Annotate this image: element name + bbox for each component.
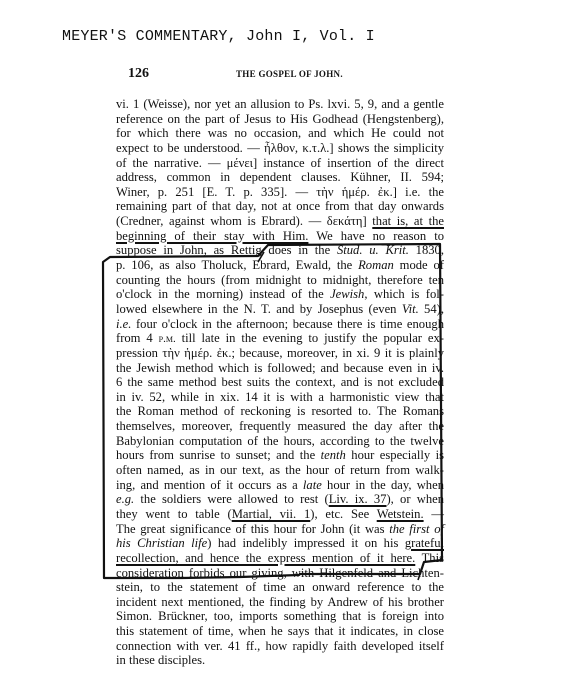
text-segment: the soldiers were allowed to rest (	[134, 492, 329, 506]
italic-text: i.e.	[116, 317, 131, 331]
text-segment: suppose in John, as Rettig does in the	[116, 243, 337, 257]
text-segment: Babylonian computation of the hours, acc…	[116, 434, 444, 448]
text-segment: p. 106, as also Tholuck, Ebrard, Ewald, …	[116, 258, 358, 272]
italic-text: Roman	[358, 258, 394, 272]
italic-text: the first of	[389, 522, 444, 536]
text-line: counting the hours (from midnight to mid…	[116, 273, 444, 288]
text-line: reference on the part of Jesus to His Go…	[116, 112, 444, 127]
text-line: i.e. four o'clock in the afternoon; beca…	[116, 317, 444, 332]
text-segment: in these disciples.	[116, 653, 205, 667]
text-line: (Credner, against whom is Ebrard). — δεκ…	[116, 214, 444, 229]
text-line: ing, and mention of it occurs as a late …	[116, 478, 444, 493]
underlined-text: that is, at the	[372, 214, 444, 228]
italic-text: Stud. u. Krit.	[337, 243, 409, 257]
text-segment: hour in the day, when	[322, 478, 444, 492]
text-segment: We have no reason to	[308, 229, 444, 243]
text-segment: —	[424, 507, 444, 521]
text-segment: Winer, p. 251 [E. T. p. 335]. — τὴν ἡμέρ…	[116, 185, 444, 199]
text-line: Babylonian computation of the hours, acc…	[116, 434, 444, 449]
italic-text: his Christian life	[116, 536, 207, 550]
text-line: for which there was no occasion, and whi…	[116, 126, 444, 141]
text-segment: 54),	[419, 302, 444, 316]
text-segment: ing, and mention of it occurs as a	[116, 478, 303, 492]
text-line: beginning of their stay with Him. We hav…	[116, 229, 444, 244]
text-line: vi. 1 (Weisse), nor yet an allusion to P…	[116, 97, 444, 112]
text-line: Simon. Brückner, too, imports something …	[116, 609, 444, 624]
text-line: his Christian life) had indelibly impres…	[116, 536, 444, 551]
text-line: p. 106, as also Tholuck, Ebrard, Ewald, …	[116, 258, 444, 273]
text-line: often named, as in our text, as the hour…	[116, 463, 444, 478]
text-segment: from 4	[116, 331, 159, 345]
page-number: 126	[128, 66, 149, 82]
text-segment: consideration forbids our giving, with H…	[116, 566, 444, 580]
text-line: recollection, and hence the express ment…	[116, 551, 444, 566]
text-segment: stein, to the statement of time an onwar…	[116, 580, 444, 594]
running-head: THE GOSPEL OF JOHN.	[236, 69, 343, 79]
text-segment: often named, as in our text, as the hour…	[116, 463, 444, 477]
text-line: suppose in John, as Rettig does in the S…	[116, 243, 444, 258]
text-segment: hours from sunrise to sunset; and the	[116, 448, 321, 462]
text-segment: Simon. Brückner, too, imports something …	[116, 609, 444, 623]
text-line: expect to be understood. — ἦλθον, κ.τ.λ.…	[116, 141, 444, 156]
text-segment: lowed elsewhere in the N. T. and by Jose…	[116, 302, 402, 316]
text-line: the Jewish method which is followed; and…	[116, 361, 444, 376]
text-segment: in iv. 52, while in xix. 14 it is with a…	[116, 390, 444, 404]
text-segment: vi. 1 (Weisse), nor yet an allusion to P…	[116, 97, 444, 111]
text-segment: ), etc. See	[310, 507, 376, 521]
text-segment: p.m.	[159, 333, 176, 345]
text-segment: reference on the part of Jesus to His Go…	[116, 112, 444, 126]
text-line: e.g. the soldiers were allowed to rest (…	[116, 492, 444, 507]
text-segment: ) had indelibly impressed it on his	[207, 536, 405, 550]
underlined-text: beginning of their stay with Him.	[116, 229, 308, 243]
text-line: they went to table (Martial, vii. 1), et…	[116, 507, 444, 522]
text-line: hours from sunrise to sunset; and the te…	[116, 448, 444, 463]
text-line: the Roman method of reckoning is resorte…	[116, 404, 444, 419]
text-segment: (Credner, against whom is Ebrard). — δεκ…	[116, 214, 372, 228]
text-segment: mode of	[394, 258, 444, 272]
text-segment: the Jewish method which is followed; and…	[116, 361, 444, 375]
text-segment: remaining part of that day, not at once …	[116, 199, 444, 213]
text-line: The great significance of this hour for …	[116, 522, 444, 537]
text-line: from 4 p.m. till late in the evening to …	[116, 331, 444, 346]
text-segment: This	[415, 551, 444, 565]
text-line: in iv. 52, while in xix. 14 it is with a…	[116, 390, 444, 405]
text-segment: this statement of time, when he says tha…	[116, 624, 444, 638]
text-segment: themselves, moreover, frequently measure…	[116, 419, 444, 433]
text-line: consideration forbids our giving, with H…	[116, 566, 444, 581]
body-text: vi. 1 (Weisse), nor yet an allusion to P…	[116, 97, 444, 668]
italic-text: Vit.	[402, 302, 419, 316]
text-line: 6 the same method best suits the context…	[116, 375, 444, 390]
italic-text: late	[303, 478, 322, 492]
text-segment: 6 the same method best suits the context…	[116, 375, 444, 389]
italic-text: tenth	[321, 448, 346, 462]
text-segment: four o'clock in the afternoon; because t…	[131, 317, 444, 331]
text-segment: ), or when	[386, 492, 444, 506]
text-line: o'clock in the morning) instead of the J…	[116, 287, 444, 302]
text-segment: hour especially is	[346, 448, 444, 462]
text-line: themselves, moreover, frequently measure…	[116, 419, 444, 434]
text-line: pression τὴν ἡμέρ. ἐκ.; because, moreove…	[116, 346, 444, 361]
text-line: in these disciples.	[116, 653, 444, 668]
text-line: address, common in dependent clauses. Kü…	[116, 170, 444, 185]
text-line: incident next mentioned, the finding by …	[116, 595, 444, 610]
text-line: stein, to the statement of time an onwar…	[116, 580, 444, 595]
underlined-text: Liv. ix. 37	[329, 492, 387, 506]
italic-text: e.g.	[116, 492, 134, 506]
underlined-text: recollection, and hence the express ment…	[116, 551, 415, 565]
text-segment: pression τὴν ἡμέρ. ἐκ.; because, moreove…	[116, 346, 444, 360]
text-segment: the Roman method of reckoning is resorte…	[116, 404, 444, 418]
text-segment: for which there was no occasion, and whi…	[116, 126, 444, 140]
text-segment: counting the hours (from midnight to mid…	[116, 273, 444, 287]
text-segment: address, common in dependent clauses. Kü…	[116, 170, 444, 184]
underlined-text: grateful	[405, 536, 444, 550]
document-header: MEYER'S COMMENTARY, John I, Vol. I	[62, 28, 375, 45]
text-line: of the narrative. — μένει] instance of i…	[116, 156, 444, 171]
text-line: lowed elsewhere in the N. T. and by Jose…	[116, 302, 444, 317]
text-segment: , which is fol-	[364, 287, 444, 301]
italic-text: Jewish	[330, 287, 364, 301]
text-segment: o'clock in the morning) instead of the	[116, 287, 330, 301]
text-line: connection with ver. 41 ff., how rapidly…	[116, 639, 444, 654]
text-segment: expect to be understood. — ἦλθον, κ.τ.λ.…	[116, 141, 444, 155]
text-segment: The great significance of this hour for …	[116, 522, 389, 536]
text-segment: connection with ver. 41 ff., how rapidly…	[116, 639, 444, 653]
text-segment: of the narrative. — μένει] instance of i…	[116, 156, 444, 170]
text-line: remaining part of that day, not at once …	[116, 199, 444, 214]
text-line: this statement of time, when he says tha…	[116, 624, 444, 639]
underlined-text: Martial, vii. 1	[232, 507, 311, 521]
text-segment: 1830,	[409, 243, 444, 257]
text-segment: they went to table (	[116, 507, 232, 521]
text-line: Winer, p. 251 [E. T. p. 335]. — τὴν ἡμέρ…	[116, 185, 444, 200]
underlined-text: Wetstein.	[377, 507, 424, 521]
text-segment: incident next mentioned, the finding by …	[116, 595, 444, 609]
text-segment: till late in the evening to justify the …	[176, 331, 444, 345]
